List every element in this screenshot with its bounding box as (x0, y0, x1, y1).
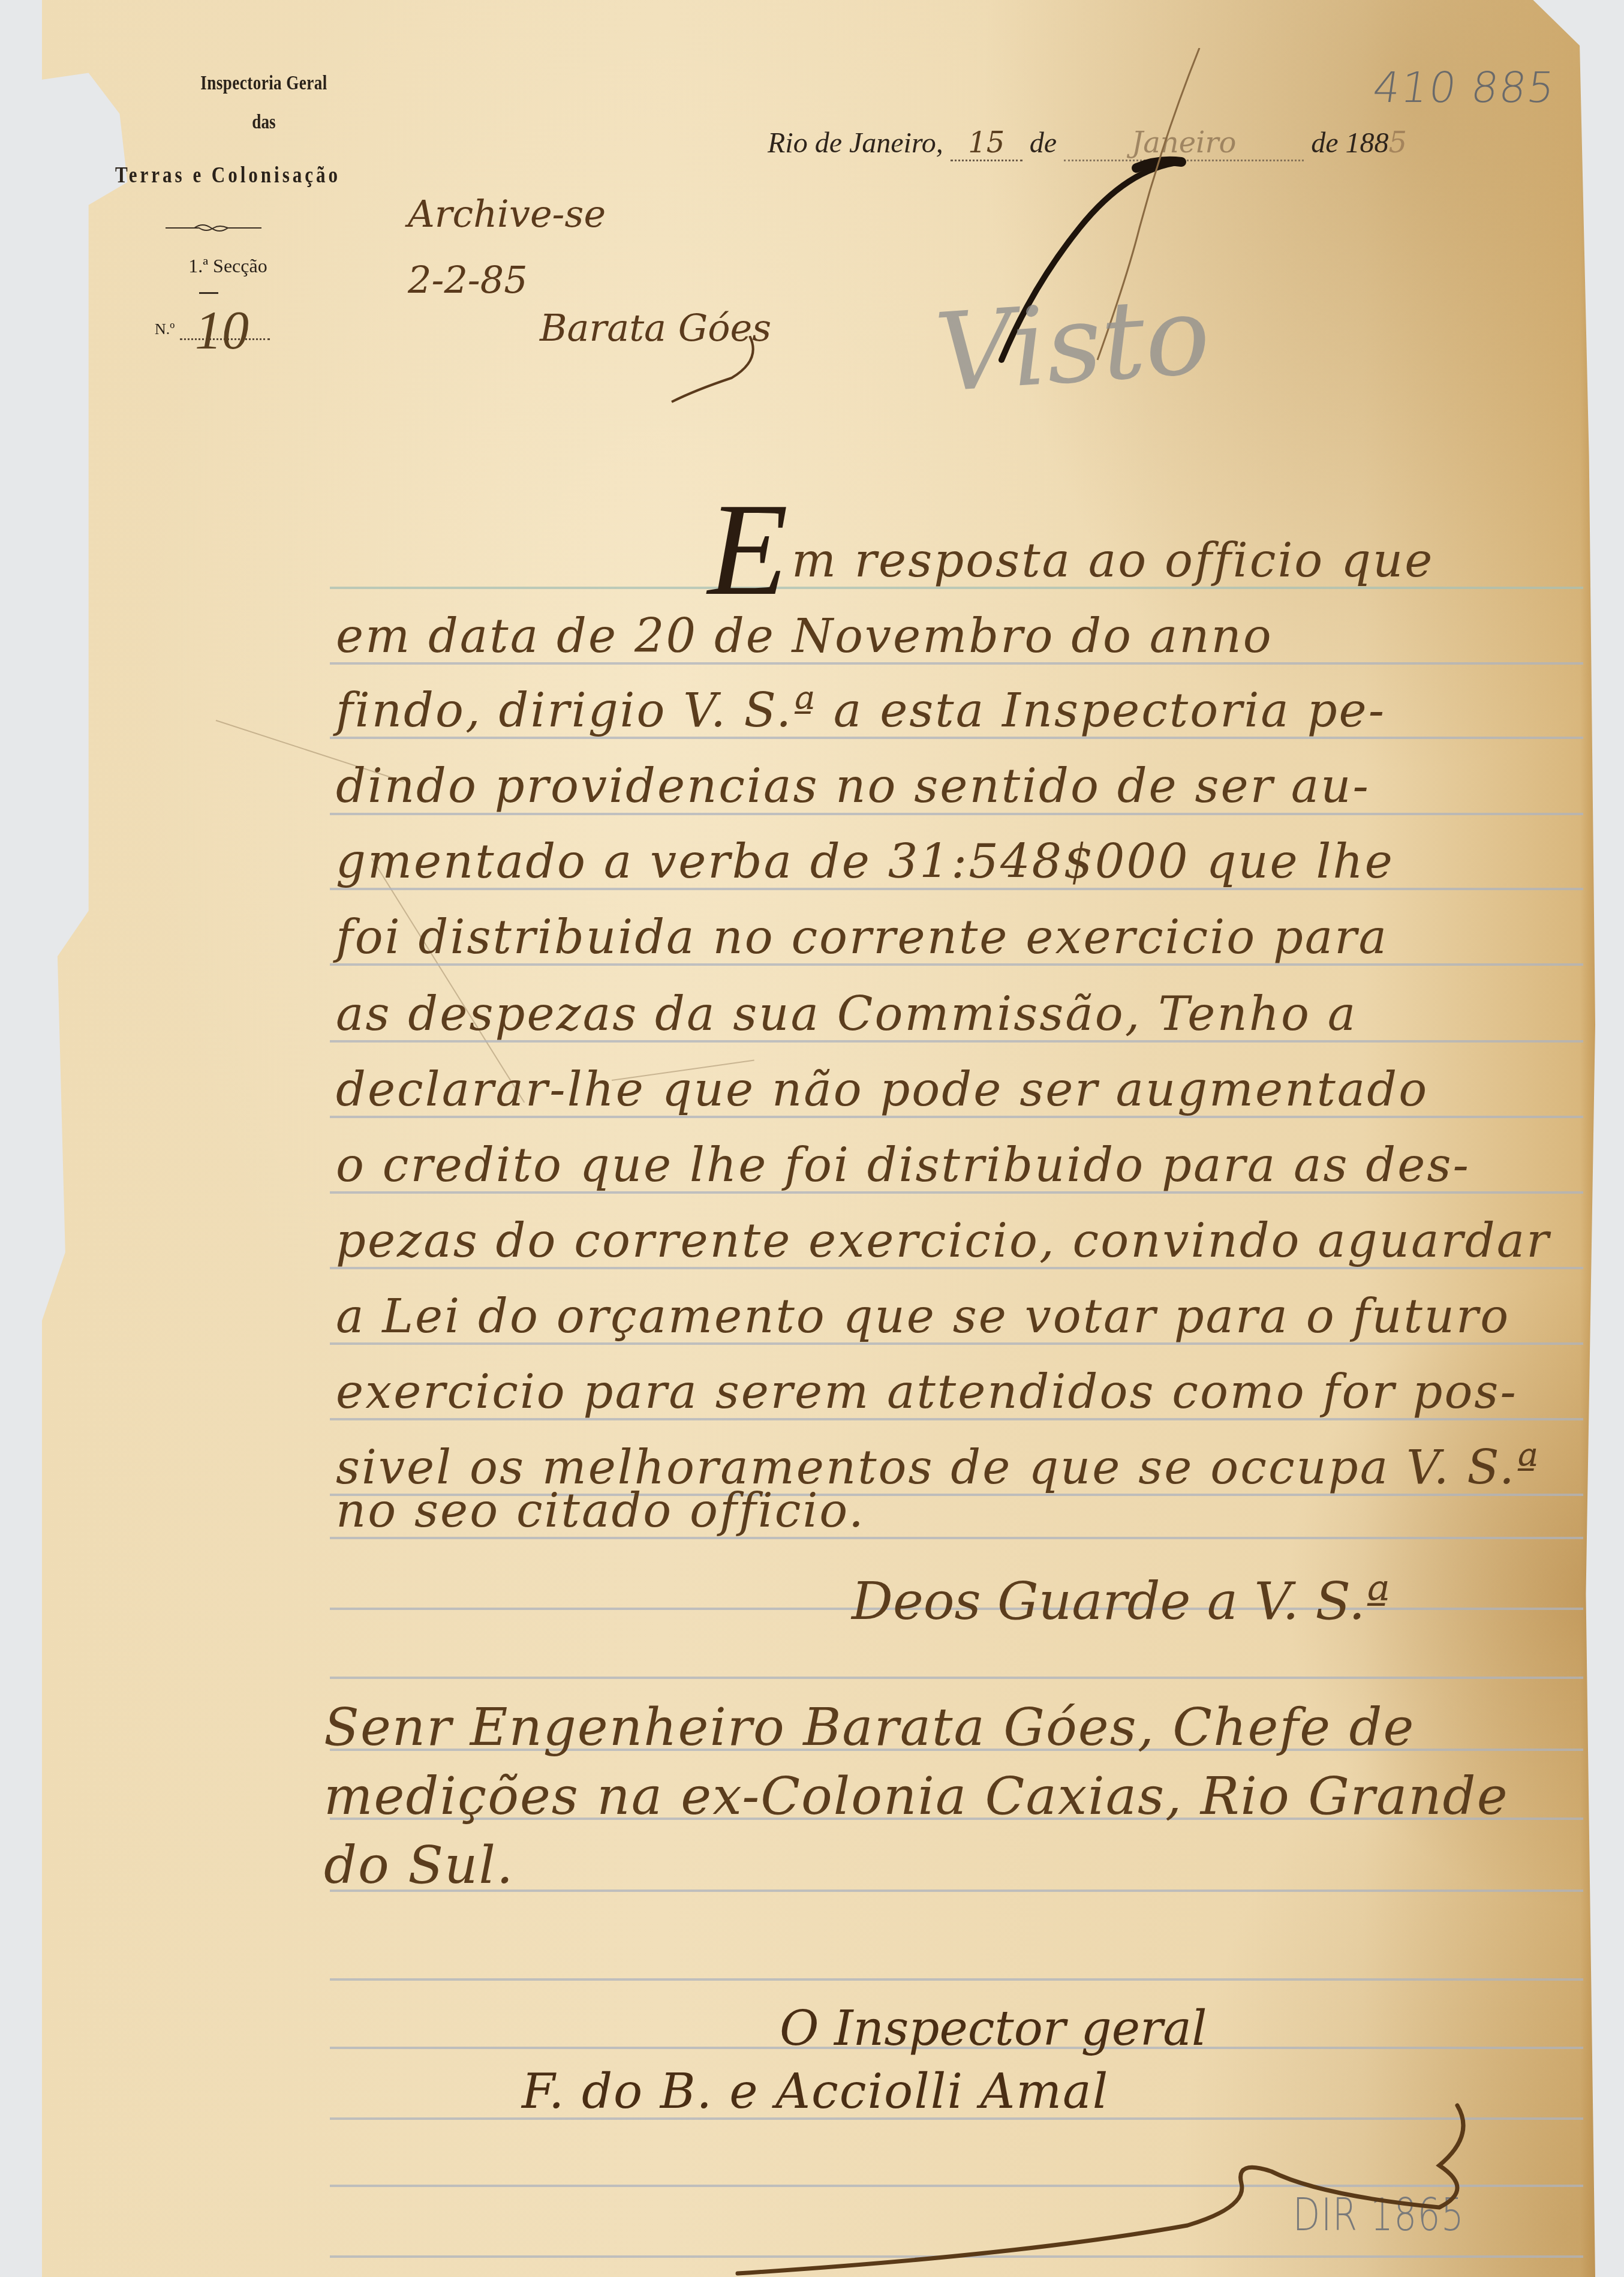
signature-title: O Inspector geral (780, 2000, 1207, 2056)
letterhead-dash (199, 292, 218, 294)
addressee-line: Senr Engenheiro Barata Góes, Chefe de (324, 1698, 1415, 1758)
letterhead-number-label: N.º (155, 320, 175, 338)
letterhead-line-1: Inspectoria Geral (163, 72, 365, 95)
letter-line: declarar-lhe que não pode ser augmentado (336, 1063, 1583, 1117)
letter-line: o credito que lhe foi distribuido para a… (336, 1138, 1583, 1192)
addressee-line: do Sul. (324, 1836, 514, 1896)
signature-flourish-icon (720, 2087, 1559, 2277)
letter-initial: E (708, 474, 788, 626)
margin-signature-flourish-icon (660, 336, 792, 408)
letterhead-number-value: 10 (195, 300, 249, 362)
letter-line: foi distribuida no corrente exercicio pa… (336, 911, 1583, 965)
letter-line: gmentado a verba de 31:548$000 que lhe (336, 835, 1583, 889)
letter-closing: Deos Guarde a V. S.ª (852, 1572, 1390, 1632)
letterhead-section: 1.ª Secção (144, 255, 312, 277)
letter-line: dindo providencias no sentido de ser au- (336, 759, 1583, 813)
margin-note-date: 2-2-85 (408, 258, 528, 302)
ornament-divider-icon (166, 222, 261, 234)
letter-line: a Lei do orçamento que se votar para o f… (336, 1290, 1583, 1344)
addressee-line: medições na ex-Colonia Caxias, Rio Grand… (324, 1767, 1509, 1827)
dateline-year-printed: 188 (1345, 127, 1388, 159)
ruled-line (330, 1890, 1583, 1892)
dateline-de-2: de (1311, 127, 1338, 159)
pencil-visto-mark: Visto (931, 272, 1214, 416)
letter-line: exercicio para serem attendidos como for… (336, 1365, 1583, 1419)
margin-note-archive: Archive-se (408, 192, 606, 236)
letterhead-line-2: das (163, 111, 365, 134)
ruled-line (330, 1677, 1583, 1679)
ruled-line (330, 1978, 1583, 1981)
letter-line: no seo citado officio. (336, 1484, 1583, 1538)
dateline-year-handwritten: 5 (1388, 126, 1407, 160)
letter-line: pezas do corrente exercicio, convindo ag… (336, 1214, 1583, 1268)
letter-line: m resposta ao officio que (792, 534, 1624, 588)
letter-line: findo, dirigio V. S.ª a esta Inspectoria… (336, 684, 1583, 738)
letter-line: as despezas da sua Commissão, Tenho a (336, 987, 1583, 1041)
letter-line: em data de 20 de Novembro do anno (336, 609, 1583, 663)
archive-reference-number: 410 885 (1370, 63, 1559, 112)
letterhead-line-3: Terras e Colonisação (115, 162, 341, 188)
